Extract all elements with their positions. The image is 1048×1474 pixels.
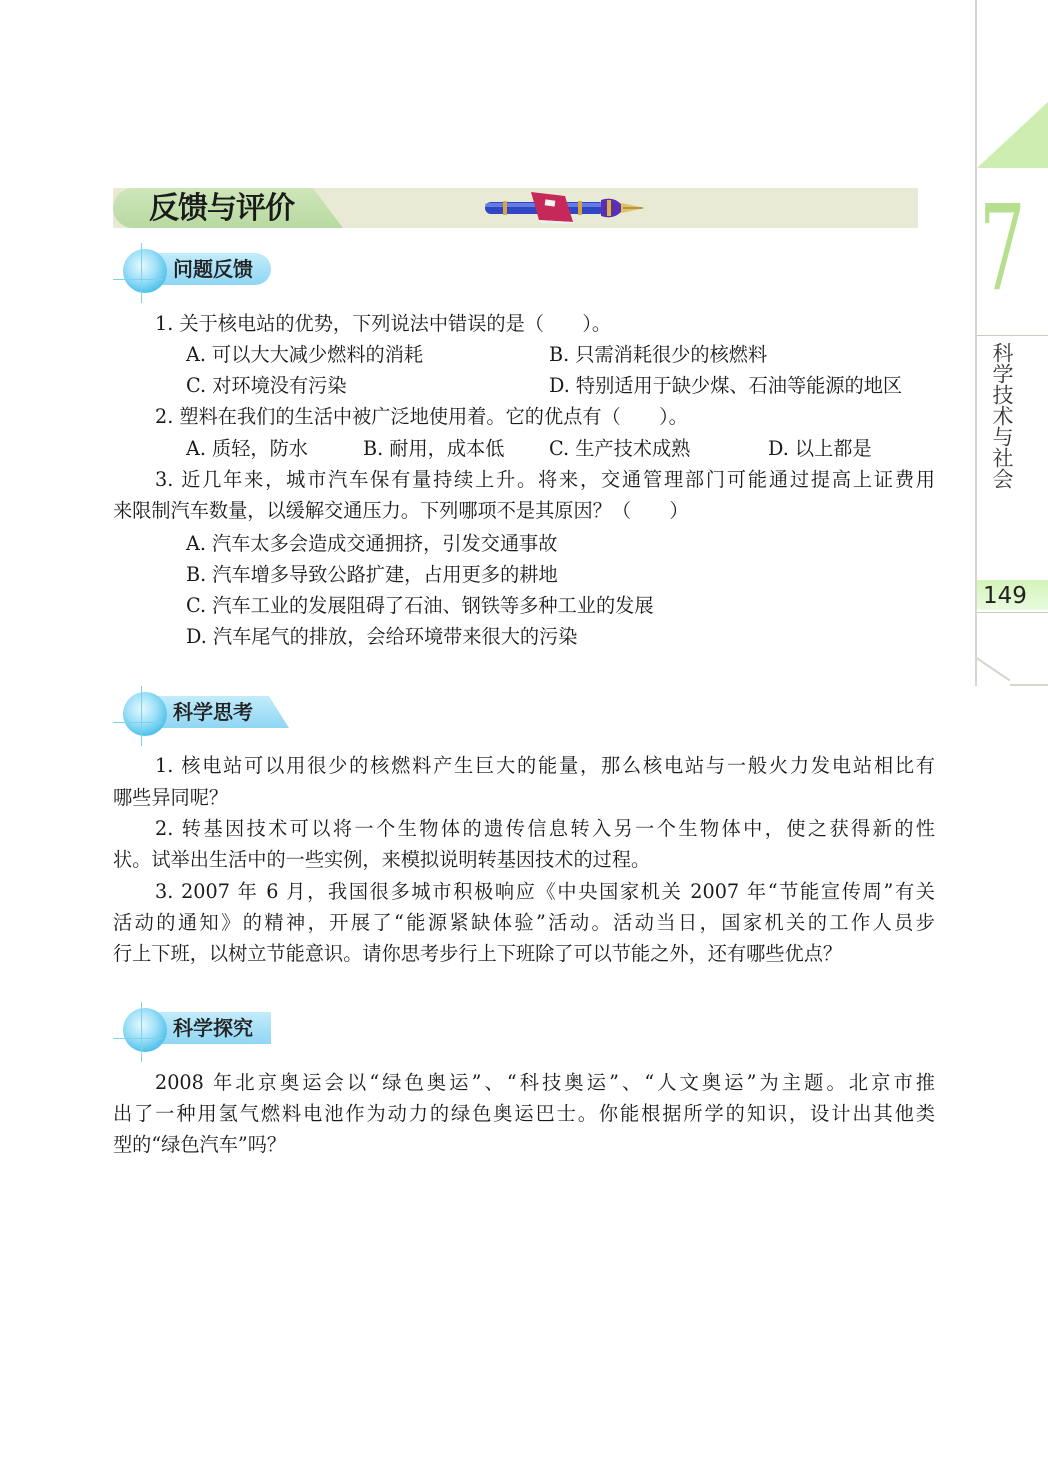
text-line: 哪些异同呢？ [113, 782, 228, 813]
section-banner: 反馈与评价 [113, 188, 918, 228]
option-a: A. 可以大大减少燃料的消耗 [186, 339, 423, 370]
divider [977, 335, 1048, 336]
option-b: B. 汽车增多导致公路扩建，占用更多的耕地 [186, 559, 558, 590]
option-b: B. 耐用，成本低 [363, 433, 504, 464]
crosshair-line [141, 1002, 142, 1062]
option-c: C. 对环境没有污染 [186, 370, 347, 401]
question-stem: 2. 塑料在我们的生活中被广泛地使用着。它的优点有（ ）。 [155, 401, 688, 432]
option-d: D. 以上都是 [768, 433, 872, 464]
question-stem-line: 来限制汽车数量，以缓解交通压力。下列哪项不是其原因？（ ） [113, 495, 689, 526]
page-number: 149 [983, 580, 1027, 612]
crosshair-line [113, 1038, 163, 1039]
bubble-icon [123, 692, 167, 736]
crosshair-line [141, 243, 142, 303]
option-a: A. 质轻，防水 [186, 433, 308, 464]
option-a: A. 汽车太多会造成交通拥挤，引发交通事故 [186, 528, 557, 559]
question-stem-line: 3. 近几年来，城市汽车保有量持续上升。将来，交通管理部门可能通过提高上证费用 [155, 464, 935, 495]
crosshair-line [141, 686, 142, 746]
banner-title: 反馈与评价 [149, 188, 294, 230]
section-header-thinking: 科学思考 [113, 686, 303, 746]
option-b: B. 只需消耗很少的核燃料 [549, 339, 767, 370]
bubble-icon [123, 1008, 167, 1052]
pen-and-notebook-icon [483, 190, 653, 226]
text-line: 出了一种用氢气燃料电池作为动力的绿色奥运巴士。你能根据所学的知识，设计出其他类 [113, 1098, 935, 1129]
chapter-side-tab: 7 科学技术与社会 149 [975, 0, 1048, 686]
option-d: D. 汽车尾气的排放，会给环境带来很大的污染 [186, 621, 577, 652]
chapter-number: 7 [979, 178, 1016, 318]
crosshair-line [113, 722, 163, 723]
chapter-title: 科学技术与社会 [985, 342, 1013, 489]
text-line: 3. 2007 年 6 月，我国很多城市积极响应《中央国家机关 2007 年“节… [155, 876, 935, 907]
section-header-feedback: 问题反馈 [113, 243, 303, 303]
tab-edge [1010, 684, 1048, 686]
text-line: 状。试举出生活中的一些实例，来模拟说明转基因技术的过程。 [113, 844, 650, 875]
text-line: 2008 年北京奥运会以“绿色奥运”、“科技奥运”、“人文奥运”为主题。北京市推 [155, 1067, 935, 1098]
tab-edge [974, 656, 1010, 681]
text-line: 行上下班，以树立节能意识。请你思考步行上下班除了可以节能之外，还有哪些优点？ [113, 938, 842, 969]
text-line: 1. 核电站可以用很少的核燃料产生巨大的能量，那么核电站与一般火力发电站相比有 [155, 750, 935, 781]
option-c: C. 汽车工业的发展阻碍了石油、钢铁等多种工业的发展 [186, 590, 654, 621]
option-c: C. 生产技术成熟 [549, 433, 690, 464]
divider [977, 612, 1048, 613]
section-header-inquiry: 科学探究 [113, 1002, 303, 1062]
question-stem: 1. 关于核电站的优势，下列说法中错误的是（ ）。 [155, 308, 611, 339]
text-line: 2. 转基因技术可以将一个生物体的遗传信息转入另一个生物体中，使之获得新的性 [155, 813, 935, 844]
green-corner-decoration [977, 100, 1048, 168]
text-line: 活动的通知》的精神，开展了“能源紧缺体验”活动。活动当日，国家机关的工作人员步 [113, 907, 935, 938]
option-d: D. 特别适用于缺少煤、石油等能源的地区 [549, 370, 902, 401]
bubble-icon [123, 249, 167, 293]
text-line: 型的“绿色汽车”吗？ [113, 1129, 286, 1160]
crosshair-line [113, 279, 163, 280]
